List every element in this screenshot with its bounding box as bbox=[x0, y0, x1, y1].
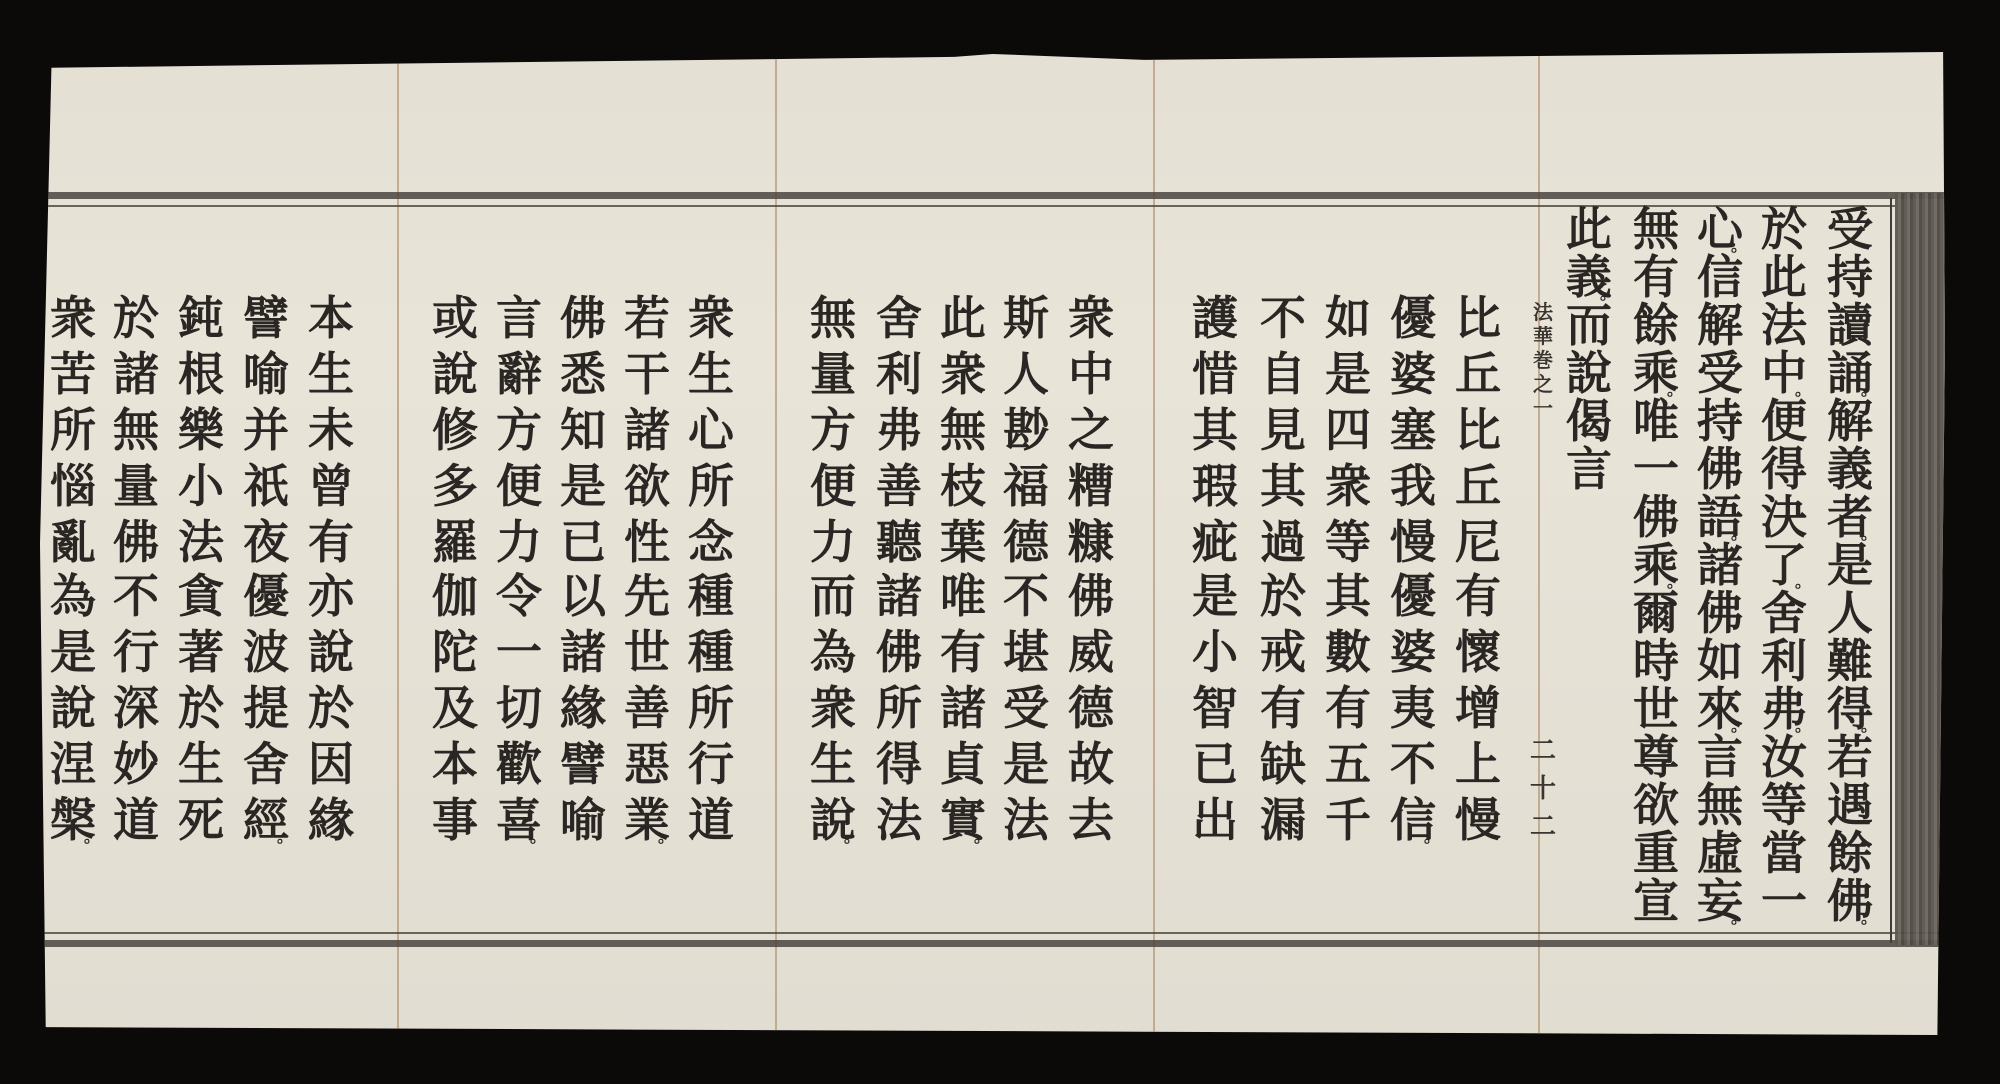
glyph: 喻 bbox=[560, 792, 606, 848]
glyph: 佛 bbox=[560, 290, 606, 346]
glyph: 行 bbox=[113, 624, 159, 680]
verse-line-upper: 無量方便力 bbox=[810, 290, 856, 570]
glyph: 中 bbox=[1068, 346, 1114, 402]
glyph: 道 bbox=[113, 792, 159, 848]
glyph: 福 bbox=[1003, 458, 1049, 514]
verse-line-upper: 鈍根樂小法 bbox=[178, 290, 224, 570]
glyph: 婆 bbox=[1390, 346, 1436, 402]
glyph: 著 bbox=[178, 624, 224, 680]
top-border-thin bbox=[40, 205, 1895, 207]
glyph: 利 bbox=[1761, 637, 1807, 685]
glyph: 多 bbox=[432, 458, 478, 514]
glyph: 德 bbox=[1068, 680, 1114, 736]
glyph: 便 bbox=[1761, 397, 1807, 445]
glyph: 見 bbox=[1260, 402, 1306, 458]
glyph: 四 bbox=[1325, 402, 1371, 458]
glyph: 惜 bbox=[1192, 346, 1238, 402]
prose-column: 此義。而說偈言 bbox=[1566, 205, 1612, 493]
glyph: 鈍 bbox=[178, 290, 224, 346]
glyph: 伽 bbox=[432, 568, 478, 624]
glyph: 一 bbox=[1633, 445, 1679, 493]
glyph: 受 bbox=[1003, 680, 1049, 736]
glyph: 便 bbox=[810, 458, 856, 514]
glyph: 去 bbox=[1068, 792, 1114, 848]
glyph: 我 bbox=[1390, 458, 1436, 514]
glyph: 其 bbox=[1325, 568, 1371, 624]
punctuation-mark: 。 bbox=[1667, 382, 1683, 398]
glyph: 法 bbox=[1533, 302, 1553, 326]
glyph: 瑕 bbox=[1192, 458, 1238, 514]
glyph: 信 bbox=[1697, 253, 1743, 301]
glyph: 漏 bbox=[1260, 792, 1306, 848]
glyph: 佛 bbox=[113, 514, 159, 570]
right-frame-border bbox=[1895, 193, 1945, 945]
glyph: 亦 bbox=[308, 568, 354, 624]
punctuation-mark: 。 bbox=[1667, 574, 1683, 590]
glyph: 上 bbox=[1455, 736, 1501, 792]
glyph: 譬 bbox=[560, 736, 606, 792]
glyph: 不 bbox=[1390, 736, 1436, 792]
glyph: 已 bbox=[1192, 736, 1238, 792]
glyph: 有 bbox=[308, 514, 354, 570]
glyph: 以 bbox=[560, 568, 606, 624]
glyph: 虛 bbox=[1697, 829, 1743, 877]
verse-line-upper: 護惜其瑕疵 bbox=[1192, 290, 1238, 570]
verse-line-lower: 亦說於因緣 bbox=[308, 568, 354, 848]
glyph: 此 bbox=[1761, 253, 1807, 301]
glyph: 不 bbox=[1003, 568, 1049, 624]
glyph: 等 bbox=[1325, 514, 1371, 570]
glyph: 語。 bbox=[1697, 493, 1743, 541]
verse-line-upper: 衆生心所念 bbox=[688, 290, 734, 570]
glyph: 德 bbox=[1003, 514, 1049, 570]
glyph: 重 bbox=[1633, 829, 1679, 877]
glyph: 慢 bbox=[1390, 514, 1436, 570]
glyph: 妙 bbox=[113, 736, 159, 792]
glyph: 佛 bbox=[1697, 445, 1743, 493]
fold-line-3 bbox=[1153, 52, 1155, 1035]
punctuation-mark: 。 bbox=[974, 829, 990, 845]
verse-line-lower: 而為衆生說。 bbox=[810, 568, 856, 848]
glyph: 法 bbox=[178, 514, 224, 570]
glyph: 知 bbox=[560, 402, 606, 458]
glyph: 弗 bbox=[876, 402, 922, 458]
prose-column: 心。信解受持佛語。諸佛如來。言無虛妄。 bbox=[1697, 205, 1743, 925]
glyph: 數 bbox=[1325, 624, 1371, 680]
glyph: 二 bbox=[1530, 738, 1556, 776]
glyph: 波 bbox=[243, 624, 289, 680]
glyph: 衆 bbox=[940, 346, 986, 402]
glyph: 智 bbox=[1192, 680, 1238, 736]
glyph: 丘 bbox=[1455, 346, 1501, 402]
verse-line-upper: 若干諸欲性 bbox=[624, 290, 670, 570]
verse-line-lower: 諸佛所得法 bbox=[876, 568, 922, 848]
glyph: 增 bbox=[1455, 680, 1501, 736]
verse-line-upper: 不自見其過 bbox=[1260, 290, 1306, 570]
glyph: 於 bbox=[113, 290, 159, 346]
glyph: 世 bbox=[1633, 685, 1679, 733]
glyph: 性 bbox=[624, 514, 670, 570]
verse-line-lower: 其數有五千 bbox=[1325, 568, 1371, 848]
glyph: 法 bbox=[1003, 792, 1049, 848]
punctuation-mark: 。 bbox=[1861, 526, 1877, 542]
glyph: 業。 bbox=[624, 792, 670, 848]
verse-line-lower: 以諸緣譬喻 bbox=[560, 568, 606, 848]
glyph: 受 bbox=[1697, 349, 1743, 397]
glyph: 曾 bbox=[308, 458, 354, 514]
glyph: 是 bbox=[50, 624, 96, 680]
glyph: 諸 bbox=[560, 624, 606, 680]
punctuation-mark: 。 bbox=[1795, 718, 1811, 734]
glyph: 比 bbox=[1455, 290, 1501, 346]
glyph: 唯 bbox=[1633, 397, 1679, 445]
glyph: 方 bbox=[810, 402, 856, 458]
glyph: 欲 bbox=[624, 458, 670, 514]
glyph: 令 bbox=[496, 568, 542, 624]
glyph: 有 bbox=[940, 624, 986, 680]
glyph: 聽 bbox=[876, 514, 922, 570]
glyph: 夜 bbox=[243, 514, 289, 570]
fold-line-4 bbox=[1538, 52, 1540, 1035]
verse-line-lower: 是小智已出 bbox=[1192, 568, 1238, 848]
glyph: 衆 bbox=[688, 290, 734, 346]
glyph: 善 bbox=[624, 680, 670, 736]
glyph: 悉 bbox=[560, 346, 606, 402]
glyph: 千 bbox=[1325, 792, 1371, 848]
glyph: 乘。 bbox=[1633, 349, 1679, 397]
glyph: 慢 bbox=[1455, 792, 1501, 848]
punctuation-mark: 。 bbox=[1795, 382, 1811, 398]
glyph: 說 bbox=[308, 624, 354, 680]
glyph: 心 bbox=[688, 402, 734, 458]
glyph: 衆 bbox=[1325, 458, 1371, 514]
glyph: 是 bbox=[1827, 541, 1873, 589]
glyph: 偈 bbox=[1566, 397, 1612, 445]
bottom-border-thin bbox=[40, 932, 1945, 934]
glyph: 其 bbox=[1192, 402, 1238, 458]
glyph: 護 bbox=[1192, 290, 1238, 346]
verse-line-upper: 本生未曾有 bbox=[308, 290, 354, 570]
glyph: 槃。 bbox=[50, 792, 96, 848]
glyph: 信。 bbox=[1390, 792, 1436, 848]
glyph: 佛 bbox=[1697, 589, 1743, 637]
glyph: 婆 bbox=[1390, 624, 1436, 680]
glyph: 時 bbox=[1633, 637, 1679, 685]
glyph: 乘。 bbox=[1633, 541, 1679, 589]
glyph: 干 bbox=[624, 346, 670, 402]
glyph: 舍 bbox=[876, 290, 922, 346]
glyph: 過 bbox=[1260, 514, 1306, 570]
glyph: 諸 bbox=[876, 568, 922, 624]
glyph: 有 bbox=[1260, 680, 1306, 736]
verse-line-upper: 言辭方便力 bbox=[496, 290, 542, 570]
glyph: 世 bbox=[624, 624, 670, 680]
glyph: 義 bbox=[1827, 445, 1873, 493]
glyph: 本 bbox=[432, 736, 478, 792]
glyph: 或 bbox=[432, 290, 478, 346]
glyph: 善 bbox=[876, 458, 922, 514]
glyph: 之 bbox=[1533, 374, 1553, 398]
glyph: 而 bbox=[810, 568, 856, 624]
glyph: 若 bbox=[624, 290, 670, 346]
glyph: 之 bbox=[1068, 402, 1114, 458]
glyph: 當 bbox=[1761, 829, 1807, 877]
glyph: 缺 bbox=[1260, 736, 1306, 792]
glyph: 是 bbox=[1325, 346, 1371, 402]
glyph: 義。 bbox=[1566, 253, 1612, 301]
glyph: 譬 bbox=[243, 290, 289, 346]
glyph: 法 bbox=[1761, 301, 1807, 349]
glyph: 塞 bbox=[1390, 402, 1436, 458]
glyph: 未 bbox=[308, 402, 354, 458]
glyph: 方 bbox=[496, 402, 542, 458]
glyph: 及 bbox=[432, 680, 478, 736]
glyph: 貞 bbox=[940, 736, 986, 792]
glyph: 深 bbox=[113, 680, 159, 736]
glyph: 於 bbox=[1260, 568, 1306, 624]
verse-line-lower: 不堪受是法 bbox=[1003, 568, 1049, 848]
prose-column: 於此法中。便得決了。舍利弗。汝等當一 bbox=[1761, 205, 1807, 925]
glyph: 持 bbox=[1697, 397, 1743, 445]
verse-line-upper: 此衆無枝葉 bbox=[940, 290, 986, 570]
glyph: 切 bbox=[496, 680, 542, 736]
punctuation-mark: 。 bbox=[1600, 286, 1616, 302]
verse-line-lower: 先世善惡業。 bbox=[624, 568, 670, 848]
glyph: 無 bbox=[940, 402, 986, 458]
glyph: 喻 bbox=[243, 346, 289, 402]
verse-line-lower: 不行深妙道 bbox=[113, 568, 159, 848]
glyph: 緣 bbox=[560, 680, 606, 736]
glyph: 修 bbox=[432, 402, 478, 458]
glyph: 佛 bbox=[1633, 493, 1679, 541]
fold-line-1 bbox=[397, 52, 399, 1035]
glyph: 實。 bbox=[940, 792, 986, 848]
glyph: 惡 bbox=[624, 736, 670, 792]
glyph: 來。 bbox=[1697, 685, 1743, 733]
verse-line-lower: 於戒有缺漏 bbox=[1260, 568, 1306, 848]
glyph: 中。 bbox=[1761, 349, 1807, 397]
glyph: 羅 bbox=[432, 514, 478, 570]
glyph: 不 bbox=[113, 568, 159, 624]
glyph: 等 bbox=[1761, 781, 1807, 829]
glyph: 苦 bbox=[50, 346, 96, 402]
glyph: 於 bbox=[1761, 205, 1807, 253]
glyph: 生 bbox=[308, 346, 354, 402]
glyph: 道 bbox=[688, 792, 734, 848]
glyph: 貪 bbox=[178, 568, 224, 624]
glyph: 衆 bbox=[810, 680, 856, 736]
glyph: 因 bbox=[308, 736, 354, 792]
glyph: 諸 bbox=[1697, 541, 1743, 589]
glyph: 若 bbox=[1827, 733, 1873, 781]
glyph: 無 bbox=[1633, 205, 1679, 253]
glyph: 舍 bbox=[243, 736, 289, 792]
glyph: 二 bbox=[1530, 814, 1556, 852]
verse-line-lower: 伽陀及本事 bbox=[432, 568, 478, 848]
glyph: 尊 bbox=[1633, 733, 1679, 781]
glyph: 持 bbox=[1827, 253, 1873, 301]
glyph: 枝 bbox=[940, 458, 986, 514]
glyph: 心。 bbox=[1697, 205, 1743, 253]
punctuation-mark: 。 bbox=[1424, 829, 1440, 845]
glyph: 言 bbox=[1697, 733, 1743, 781]
glyph: 有 bbox=[1325, 680, 1371, 736]
glyph: 生 bbox=[178, 736, 224, 792]
glyph: 於 bbox=[308, 680, 354, 736]
glyph: 種 bbox=[688, 568, 734, 624]
verse-line-lower: 佛威德故去 bbox=[1068, 568, 1114, 848]
glyph: 佛。 bbox=[1827, 877, 1873, 925]
glyph: 小 bbox=[1192, 624, 1238, 680]
glyph: 說 bbox=[432, 346, 478, 402]
punctuation-mark: 。 bbox=[84, 829, 100, 845]
glyph: 本 bbox=[308, 290, 354, 346]
verse-line-lower: 有懷增上慢 bbox=[1455, 568, 1501, 848]
glyph: 一 bbox=[1761, 877, 1807, 925]
glyph: 葉 bbox=[940, 514, 986, 570]
glyph: 得。 bbox=[1827, 685, 1873, 733]
glyph: 得 bbox=[876, 736, 922, 792]
glyph: 威 bbox=[1068, 624, 1114, 680]
punctuation-mark: 。 bbox=[1731, 526, 1747, 542]
glyph: 了。 bbox=[1761, 541, 1807, 589]
verse-line-upper: 優婆塞我慢 bbox=[1390, 290, 1436, 570]
glyph: 其 bbox=[1260, 458, 1306, 514]
glyph: 弗。 bbox=[1761, 685, 1807, 733]
glyph: 欲 bbox=[1633, 781, 1679, 829]
glyph: 是 bbox=[1003, 736, 1049, 792]
glyph: 十 bbox=[1530, 776, 1556, 814]
glyph: 所 bbox=[688, 458, 734, 514]
glyph: 無 bbox=[810, 290, 856, 346]
glyph: 爾 bbox=[1633, 589, 1679, 637]
glyph: 衆 bbox=[50, 290, 96, 346]
punctuation-mark: 。 bbox=[658, 829, 674, 845]
verse-line-lower: 種種所行道 bbox=[688, 568, 734, 848]
glyph: 緣 bbox=[308, 792, 354, 848]
glyph: 決 bbox=[1761, 493, 1807, 541]
punctuation-mark: 。 bbox=[277, 829, 293, 845]
glyph: 念 bbox=[688, 514, 734, 570]
glyph: 疵 bbox=[1192, 514, 1238, 570]
bottom-border-thick bbox=[40, 940, 1945, 947]
glyph: 受 bbox=[1827, 205, 1873, 253]
verse-line-lower: 令一切歡喜。 bbox=[496, 568, 542, 848]
glyph: 糠 bbox=[1068, 514, 1114, 570]
fold-line-2 bbox=[775, 52, 777, 1035]
glyph: 諸 bbox=[624, 402, 670, 458]
verse-line-lower: 優波提舍經。 bbox=[243, 568, 289, 848]
punctuation-mark: 。 bbox=[1731, 718, 1747, 734]
verse-line-lower: 貪著於生死 bbox=[178, 568, 224, 848]
glyph: 歡 bbox=[496, 736, 542, 792]
glyph: 根 bbox=[178, 346, 224, 402]
glyph: 有 bbox=[1633, 253, 1679, 301]
verse-line-upper: 佛悉知是已 bbox=[560, 290, 606, 570]
glyph: 力 bbox=[810, 514, 856, 570]
prose-column: 受持讀誦。解義者。是人難得。若遇餘佛。 bbox=[1827, 205, 1873, 925]
glyph: 一 bbox=[496, 624, 542, 680]
glyph: 利 bbox=[876, 346, 922, 402]
glyph: 自 bbox=[1260, 346, 1306, 402]
verse-line-upper: 譬喻并祇夜 bbox=[243, 290, 289, 570]
glyph: 夷 bbox=[1390, 680, 1436, 736]
glyph: 陀 bbox=[432, 624, 478, 680]
glyph: 餘 bbox=[1827, 829, 1873, 877]
glyph: 言 bbox=[1566, 445, 1612, 493]
glyph: 諸 bbox=[940, 680, 986, 736]
verse-line-lower: 為是說涅槃。 bbox=[50, 568, 96, 848]
glyph: 佛 bbox=[876, 624, 922, 680]
glyph: 無 bbox=[113, 402, 159, 458]
glyph: 尼 bbox=[1455, 514, 1501, 570]
prose-column: 無有餘乘。唯一佛乘。爾時世尊欲重宣 bbox=[1633, 205, 1679, 925]
punctuation-mark: 。 bbox=[1861, 910, 1877, 926]
glyph: 辭 bbox=[496, 346, 542, 402]
glyph: 戒 bbox=[1260, 624, 1306, 680]
glyph: 量 bbox=[113, 458, 159, 514]
glyph: 亂 bbox=[50, 514, 96, 570]
glyph: 解 bbox=[1827, 397, 1873, 445]
glyph: 而 bbox=[1566, 301, 1612, 349]
glyph: 者。 bbox=[1827, 493, 1873, 541]
glyph: 不 bbox=[1260, 290, 1306, 346]
glyph: 如 bbox=[1697, 637, 1743, 685]
glyph: 所 bbox=[876, 680, 922, 736]
verse-line-upper: 衆中之糟糠 bbox=[1068, 290, 1114, 570]
verse-line-upper: 斯人尠福德 bbox=[1003, 290, 1049, 570]
glyph: 華 bbox=[1533, 326, 1553, 350]
page-number: 二十二 bbox=[1530, 738, 1556, 852]
glyph: 為 bbox=[810, 624, 856, 680]
glyph: 死 bbox=[178, 792, 224, 848]
glyph: 諸 bbox=[113, 346, 159, 402]
glyph: 涅 bbox=[50, 736, 96, 792]
punctuation-mark: 。 bbox=[1861, 382, 1877, 398]
glyph: 所 bbox=[688, 680, 734, 736]
glyph: 有 bbox=[1455, 568, 1501, 624]
glyph: 經。 bbox=[243, 792, 289, 848]
glyph: 法 bbox=[876, 792, 922, 848]
glyph: 於 bbox=[178, 680, 224, 736]
glyph: 生 bbox=[688, 346, 734, 402]
glyph: 堪 bbox=[1003, 624, 1049, 680]
glyph: 惱 bbox=[50, 458, 96, 514]
glyph: 人 bbox=[1827, 589, 1873, 637]
glyph: 此 bbox=[1566, 205, 1612, 253]
glyph: 遇 bbox=[1827, 781, 1873, 829]
verse-line-upper: 如是四衆等 bbox=[1325, 290, 1371, 570]
glyph: 所 bbox=[50, 402, 96, 458]
verse-line-upper: 舍利弗善聽 bbox=[876, 290, 922, 570]
glyph: 一 bbox=[1533, 398, 1553, 422]
glyph: 舍 bbox=[1761, 589, 1807, 637]
glyph: 小 bbox=[178, 458, 224, 514]
glyph: 糟 bbox=[1068, 458, 1114, 514]
glyph: 出 bbox=[1192, 792, 1238, 848]
glyph: 如 bbox=[1325, 290, 1371, 346]
glyph: 妄。 bbox=[1697, 877, 1743, 925]
glyph: 樂 bbox=[178, 402, 224, 458]
glyph: 比 bbox=[1455, 402, 1501, 458]
glyph: 量 bbox=[810, 346, 856, 402]
glyph: 事 bbox=[432, 792, 478, 848]
punctuation-mark: 。 bbox=[1731, 910, 1747, 926]
punctuation-mark: 。 bbox=[1731, 238, 1747, 254]
right-frame-inner-line bbox=[1890, 198, 1892, 943]
glyph: 尠 bbox=[1003, 402, 1049, 458]
glyph: 巻 bbox=[1533, 350, 1553, 374]
